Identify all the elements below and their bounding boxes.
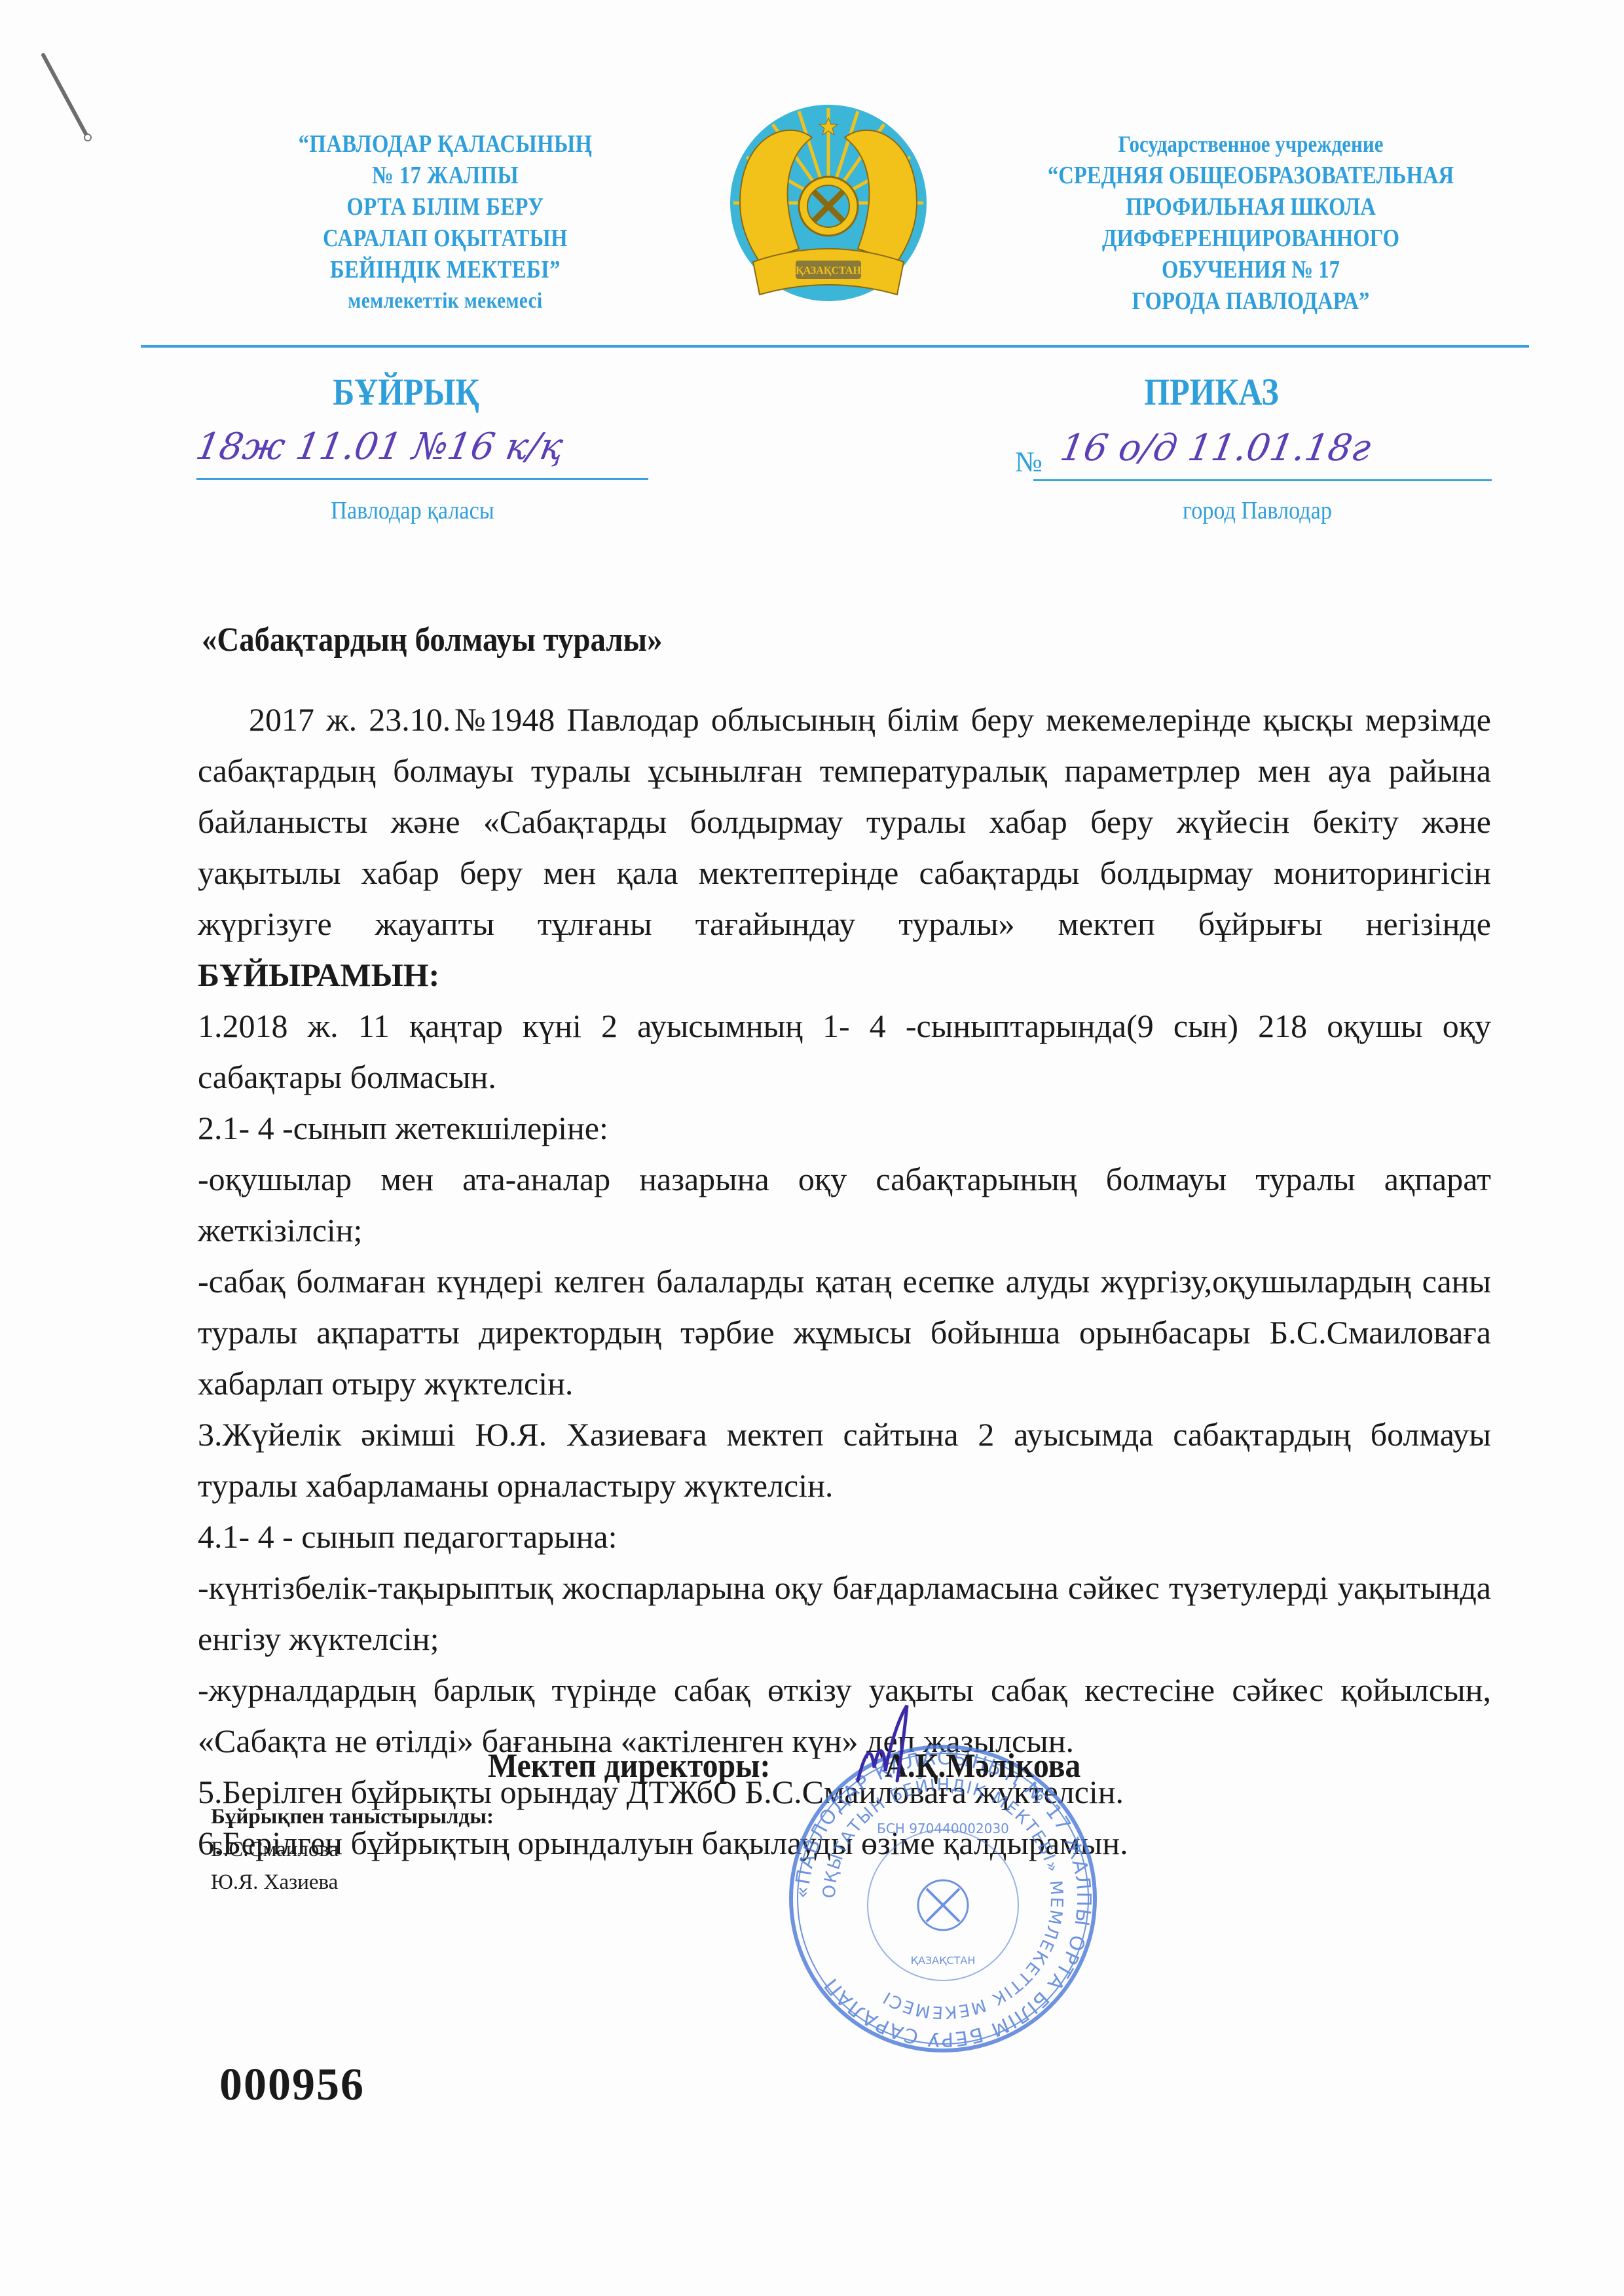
- letterhead-ru: Государственное учреждение “СРЕДНЯЯ ОБЩЕ…: [1003, 128, 1499, 317]
- order-item: 3.Жүйелік әкімші Ю.Я. Хазиеваға мектеп с…: [198, 1409, 1491, 1511]
- kz-order-number-handwritten: 18ж 11.01 №16 к/қ: [193, 426, 566, 468]
- order-item: -сабақ болмаған күндері келген балаларды…: [198, 1256, 1491, 1409]
- letterhead-ru-line: ДИФФЕРЕНЦИРОВАННОГО: [1003, 223, 1499, 254]
- acknowledgement-block: Бұйрықпен таныстырылды: Б.С.Смаилова Ю.Я…: [211, 1800, 494, 1899]
- command-word: БҰЙЫРАМЫН:: [198, 957, 439, 993]
- svg-text:ОҚЫТАТЫН БЕЙІНДІК МЕКТЕБІ» МЕМ: ОҚЫТАТЫН БЕЙІНДІК МЕКТЕБІ» МЕМЛЕКЕТТІК М…: [820, 1775, 1067, 2022]
- letterhead-ru-line: ГОРОДА ПАВЛОДАРА”: [1003, 285, 1499, 317]
- ru-number-sign: №: [1015, 445, 1043, 479]
- svg-text:ҚАЗАҚСТАН: ҚАЗАҚСТАН: [796, 265, 861, 276]
- order-title-kz: БҰЙРЫҚ: [322, 370, 490, 414]
- letterhead-kz-line: БЕЙІНДІК МЕКТЕБІ”: [231, 254, 659, 285]
- ru-number-underline: [1033, 479, 1492, 481]
- letterhead-kz: “ПАВЛОДАР ҚАЛАСЫНЫҢ № 17 ЖАЛПЫ ОРТА БІЛІ…: [231, 128, 659, 317]
- letterhead-divider: [141, 345, 1529, 348]
- order-item: 4.1- 4 - сынып педагогтарына:: [198, 1511, 1491, 1562]
- kazakhstan-emblem-icon: ҚАЗАҚСТАН: [720, 98, 936, 314]
- kz-number-underline: [196, 478, 648, 480]
- signature-line: Мектеп директоры:А.Қ.Мәлікова: [488, 1747, 1080, 1785]
- ru-city: город Павлодар: [1151, 496, 1363, 525]
- letterhead-kz-line: № 17 ЖАЛПЫ: [231, 160, 659, 191]
- letterhead-ru-subtitle: Государственное учреждение: [1003, 128, 1499, 160]
- letterhead-kz-line: ОРТА БІЛІМ БЕРУ: [231, 191, 659, 223]
- staple-mark: [39, 52, 92, 144]
- letterhead-ru-line: ОБУЧЕНИЯ № 17: [1003, 254, 1499, 285]
- svg-text:БСН 970440002030: БСН 970440002030: [877, 1821, 1009, 1836]
- order-title-ru: ПРИКАЗ: [1105, 370, 1319, 414]
- form-serial-number: 000956: [219, 2059, 365, 2111]
- letterhead-ru-line: ПРОФИЛЬНАЯ ШКОЛА: [1003, 191, 1499, 223]
- official-stamp: «ПАВЛОДАР ҚАЛАСЫНЫҢ № 17 ЖАЛПЫ ОРТА БІЛІ…: [786, 1741, 1100, 2056]
- order-item: 1.2018 ж. 11 қаңтар күні 2 ауысымның 1- …: [198, 1000, 1491, 1102]
- order-item: -күнтізбелік-тақырыптық жоспарларына оқу…: [198, 1562, 1491, 1664]
- acknowledgement-heading: Бұйрықпен таныстырылды:: [211, 1800, 494, 1833]
- order-item: -оқушылар мен ата-аналар назарына оқу са…: [198, 1154, 1491, 1256]
- signatory-role: Мектеп директоры:: [488, 1747, 770, 1785]
- ru-order-number-handwritten: 16 о/д 11.01.18г: [1057, 427, 1374, 469]
- acknowledged-person: Б.С.Смаилова: [211, 1833, 494, 1866]
- letterhead-kz-line: САРАЛАП ОҚЫТАТЫН: [231, 223, 659, 254]
- kz-city: Павлодар қаласы: [301, 496, 525, 525]
- intro-paragraph: 2017 ж. 23.10.№1948 Павлодар облысының б…: [198, 694, 1491, 1000]
- letterhead-kz-subtitle: мемлекеттік мекемесі: [231, 285, 659, 317]
- handwritten-signature: [845, 1702, 930, 1794]
- document-body: 2017 ж. 23.10.№1948 Павлодар облысының б…: [198, 694, 1491, 1868]
- document-title: «Сабақтардың болмауы туралы»: [202, 621, 662, 659]
- svg-text:ҚАЗАҚСТАН: ҚАЗАҚСТАН: [911, 1954, 976, 1967]
- order-item: 2.1- 4 -сынып жетекшілеріне:: [198, 1102, 1491, 1154]
- letterhead-ru-line: “СРЕДНЯЯ ОБЩЕОБРАЗОВАТЕЛЬНАЯ: [1003, 160, 1499, 191]
- letterhead-kz-line: “ПАВЛОДАР ҚАЛАСЫНЫҢ: [231, 128, 659, 160]
- acknowledged-person: Ю.Я. Хазиева: [211, 1866, 494, 1899]
